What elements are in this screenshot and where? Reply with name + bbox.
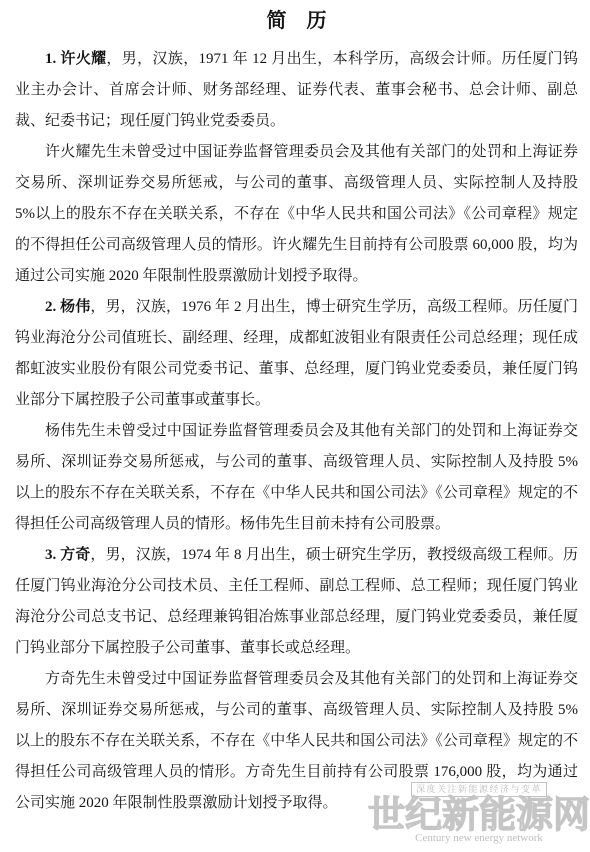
bio-intro-paragraph: 2. 杨伟，男，汉族，1976 年 2 月出生，博士研究生学历，高级工程师。历任… [15, 292, 578, 416]
bio-intro-text: ，男，汉族，1974 年 8 月出生，硕士研究生学历，教授级高级工程师。历任厦门… [15, 547, 578, 656]
bio-disclosure-paragraph: 方奇先生未曾受过中国证券监督管理委员会及其他有关部门的处罚和上海证券交易所、深圳… [15, 664, 578, 819]
bio-intro-text: ，男，汉族，1976 年 2 月出生，博士研究生学历，高级工程师。历任厦门钨业海… [15, 299, 578, 408]
bio-intro-paragraph: 1. 许火耀，男，汉族，1971 年 12 月出生，本科学历，高级会计师。历任厦… [15, 44, 578, 137]
bio-sections: 1. 许火耀，男，汉族，1971 年 12 月出生，本科学历，高级会计师。历任厦… [15, 44, 578, 819]
bio-number-and-name: 1. 许火耀 [45, 51, 106, 67]
bio-disclosure-paragraph: 杨伟先生未曾受过中国证券监督管理委员会及其他有关部门的处罚和上海证券交易所、深圳… [15, 416, 578, 540]
bio-disclosure-paragraph: 许火耀先生未曾受过中国证券监督管理委员会及其他有关部门的处罚和上海证券交易所、深… [15, 137, 578, 292]
bio-section: 3. 方奇，男，汉族，1974 年 8 月出生，硕士研究生学历，教授级高级工程师… [15, 540, 578, 819]
bio-intro-paragraph: 3. 方奇，男，汉族，1974 年 8 月出生，硕士研究生学历，教授级高级工程师… [15, 540, 578, 664]
bio-section: 2. 杨伟，男，汉族，1976 年 2 月出生，博士研究生学历，高级工程师。历任… [15, 292, 578, 540]
bio-number-and-name: 2. 杨伟 [45, 299, 90, 315]
document-title: 简 历 [15, 8, 578, 34]
resume-document-page: 简 历 1. 许火耀，男，汉族，1971 年 12 月出生，本科学历，高级会计师… [0, 0, 590, 852]
bio-number-and-name: 3. 方奇 [45, 547, 90, 563]
bio-section: 1. 许火耀，男，汉族，1971 年 12 月出生，本科学历，高级会计师。历任厦… [15, 44, 578, 292]
